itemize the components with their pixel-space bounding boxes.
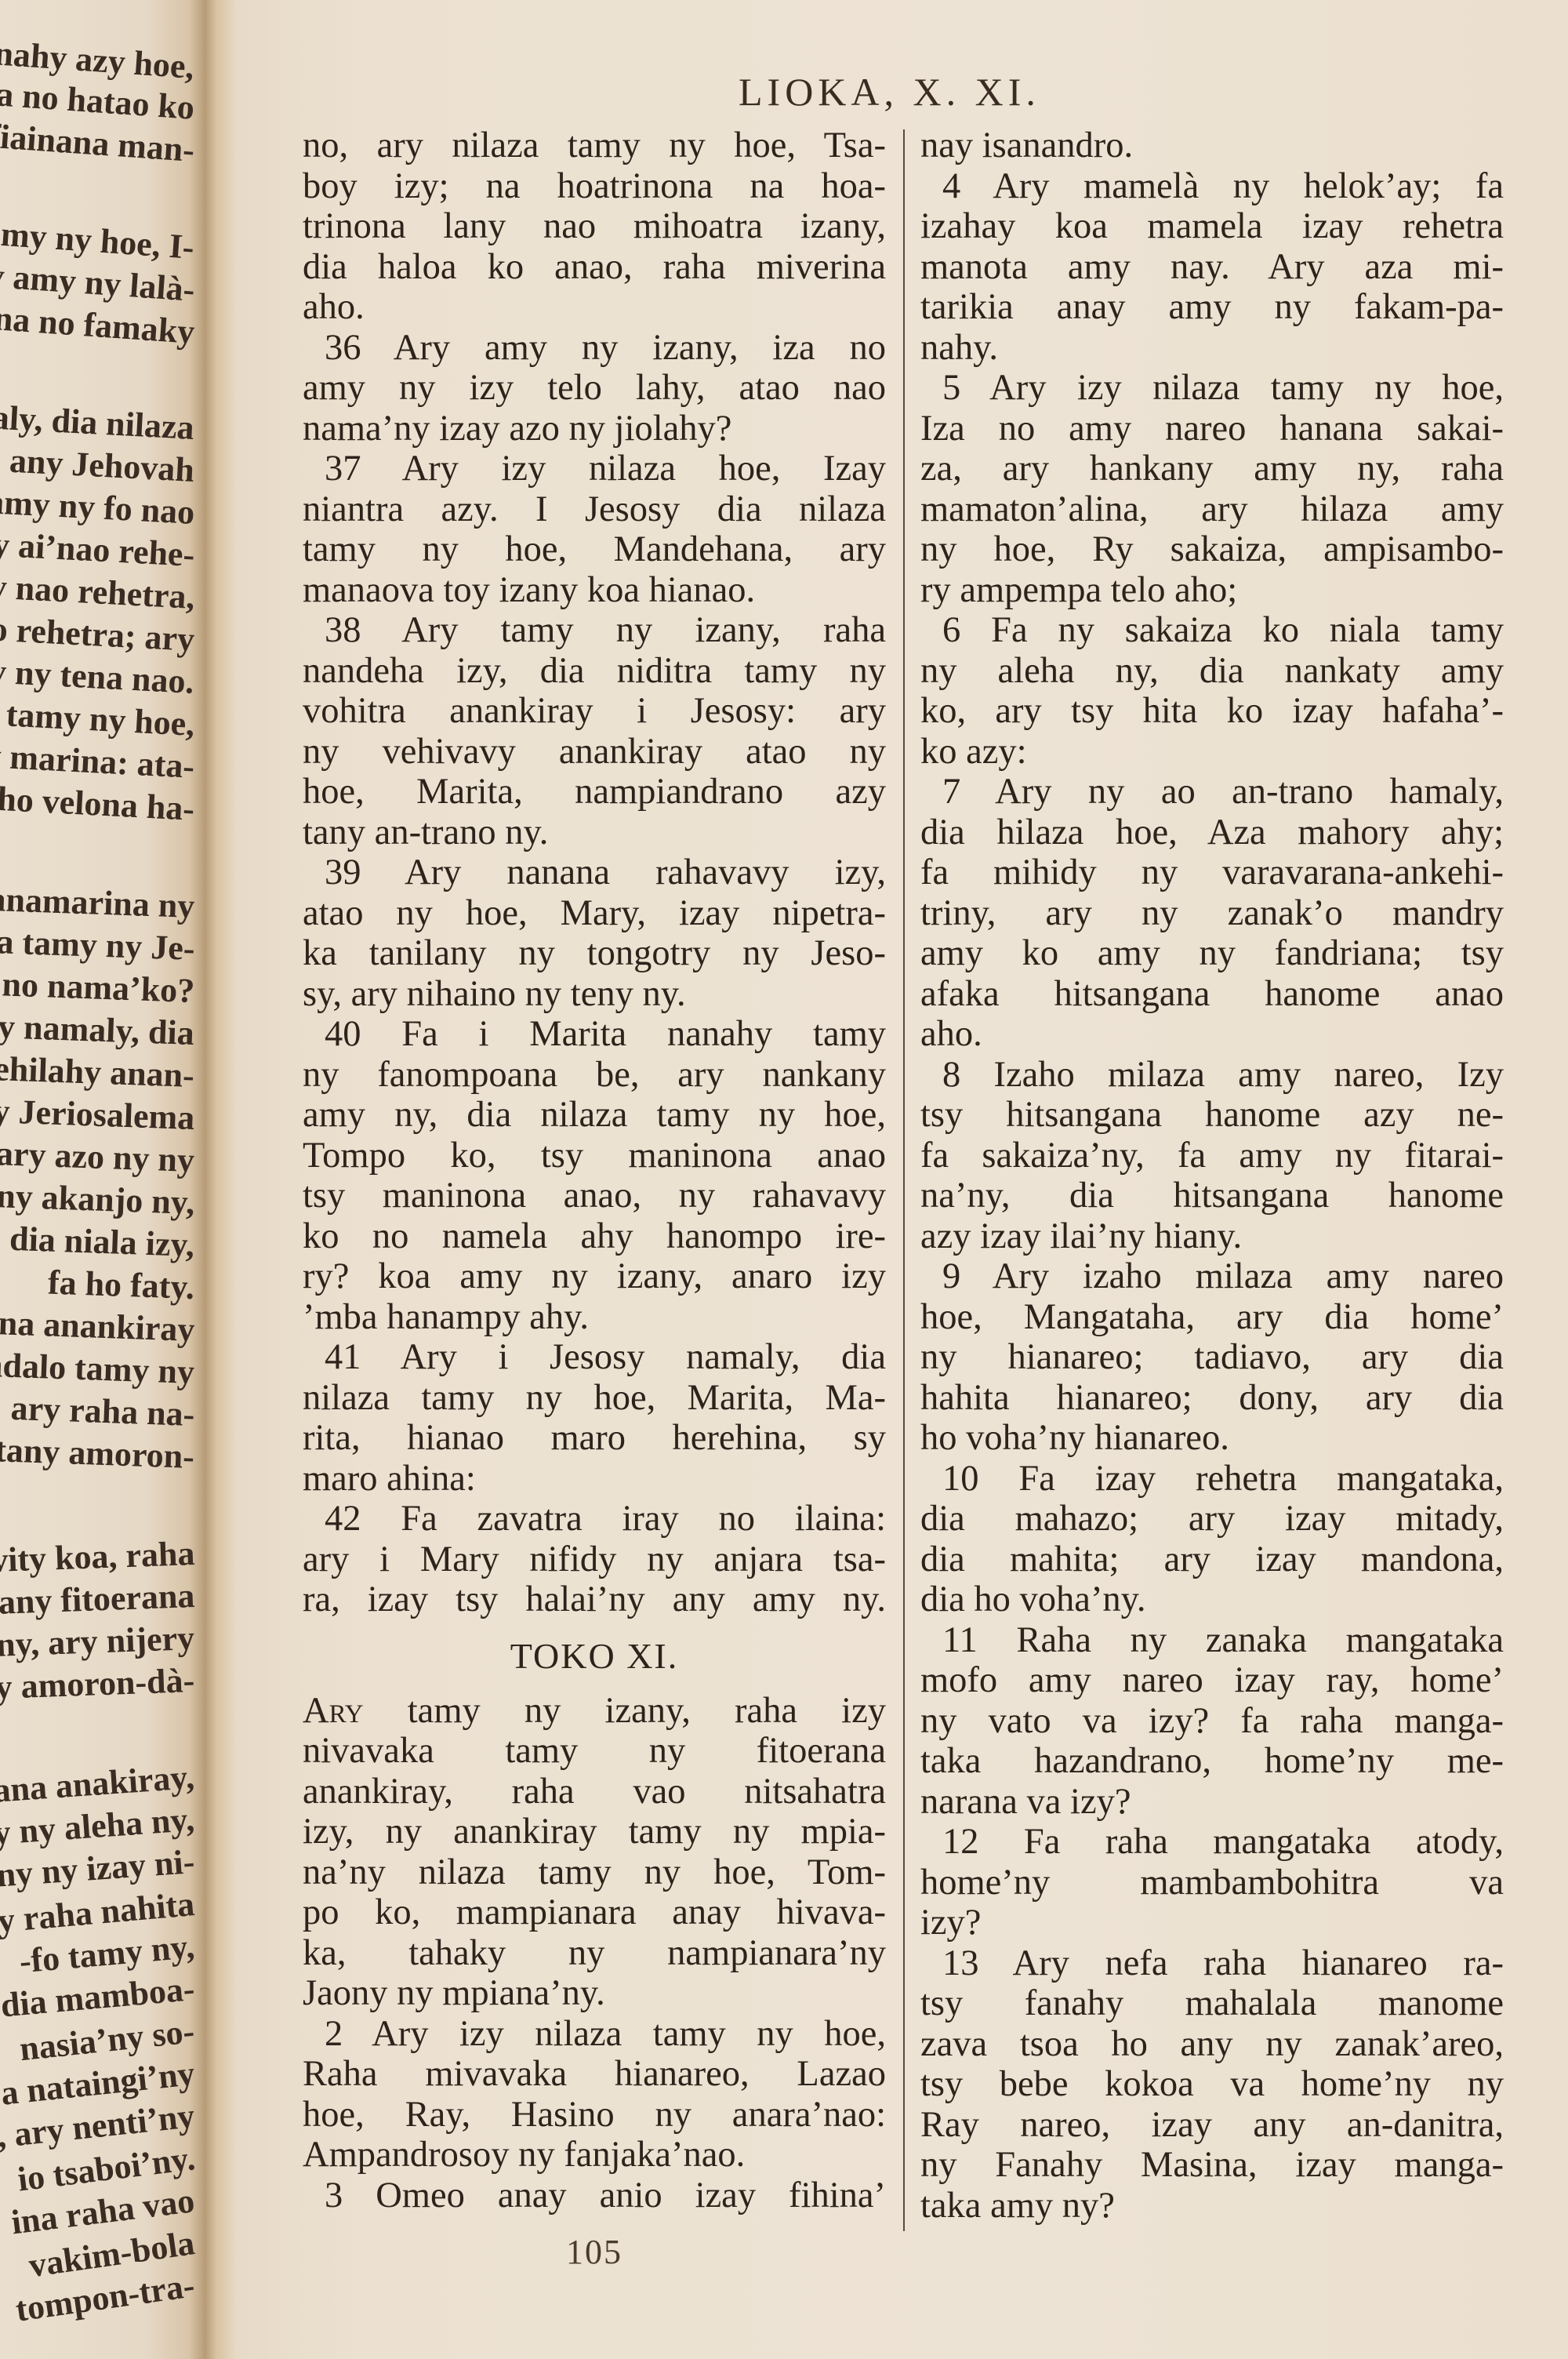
text-line: vohitra anankiray i Jesosy: ary — [303, 691, 886, 732]
text-line: nivavaka tamy ny fitoerana — [303, 1731, 886, 1772]
left-page-line: , ary azo ny ny — [0, 1132, 195, 1180]
text-line: aho. — [920, 1014, 1504, 1055]
left-page-line: lehilahy anan- — [0, 1049, 195, 1096]
left-page-line: aza tamy ny Je- — [0, 921, 195, 969]
chapter-first-line: Ary tamy ny izany, raha izy — [303, 1691, 886, 1732]
text-line: izahay koa mamela izay rehetra — [920, 206, 1504, 247]
text-line: amy ny, dia nilaza tamy ny hoe, — [303, 1095, 886, 1136]
text-column-left: no, ary nilaza tamy ny hoe, Tsa-boy izy;… — [303, 125, 886, 2215]
text-line: amy ko amy ny fandriana; tsy — [920, 933, 1504, 974]
text-line: tamy ny hoe, Mandehana, ary — [303, 529, 886, 570]
text-line: hoe, Ray, Hasino ny anara’nao: — [303, 2095, 886, 2135]
text-line: taka amy ny? — [920, 2186, 1504, 2226]
text-line: maro ahina: — [303, 1459, 886, 1499]
text-line: 39 Ary nanana rahavavy izy, — [303, 852, 886, 893]
text-line: mamaton’alina, ary hilaza amy — [920, 489, 1504, 530]
text-line: nama’ny izay azo ny jiolahy? — [303, 409, 886, 449]
text-line: tsy fanahy mahalala manome — [920, 1983, 1504, 2024]
text-line: ny Fanahy Masina, izay manga- — [920, 2145, 1504, 2186]
text-line: ny vato va izy? fa raha manga- — [920, 1701, 1504, 1742]
text-line: izy? — [920, 1903, 1504, 1943]
text-line: taka hazandrano, home’ny me- — [920, 1741, 1504, 1782]
text-line: 4 Ary mamelà ny helok’ay; fa — [920, 166, 1504, 207]
text-line: 3 Omeo anay anio izay fihina’ — [303, 2175, 886, 2216]
text-line: tarikia anay amy ny fakam-pa- — [920, 287, 1504, 328]
text-line: ko, ary tsy hita ko izay hafaha’- — [920, 691, 1504, 732]
text-line: home’ny mambambohitra va — [920, 1863, 1504, 1903]
text-line: 6 Fa ny sakaiza ko niala tamy — [920, 610, 1504, 651]
left-page-line: ny Jeriosalema — [0, 1090, 195, 1138]
text-line: zava tsoa ho any ny zanak’areo, — [920, 2024, 1504, 2065]
text-line: hahita hianareo; dony, ary dia — [920, 1378, 1504, 1419]
text-line: trinona lany nao mihoatra izany, — [303, 206, 886, 247]
right-page: LIOKA, X. XI. no, ary nilaza tamy ny hoe… — [237, 0, 1568, 2359]
text-line: tsy hitsangana hanome azy ne- — [920, 1095, 1504, 1136]
text-line: Ray nareo, izay any an-danitra, — [920, 2105, 1504, 2146]
text-line: Raha mivavaka hianareo, Lazao — [303, 2054, 886, 2095]
text-line: ko azy: — [920, 732, 1504, 772]
chapter-heading: TOKO XI. — [303, 1628, 886, 1685]
left-page-fragment: ka fanahy azy hoe,nona no hatao ko’ko fi… — [0, 0, 205, 2359]
text-line: 2 Ary izy nilaza tamy ny hoe, — [303, 2014, 886, 2055]
text-column-right: nay isanandro.4 Ary mamelà ny helok’ay; … — [920, 125, 1504, 2226]
text-line: tsy maninona anao, ny rahavavy — [303, 1176, 886, 1216]
left-page-line: fa ho faty. — [47, 1262, 195, 1307]
text-line: manota amy nay. Ary aza mi- — [920, 247, 1504, 288]
text-line: 38 Ary tamy ny izany, raha — [303, 610, 886, 651]
left-page-line: za no nama’ko? — [0, 963, 195, 1011]
book-gutter — [205, 0, 237, 2359]
left-page-line: zy, dia niala izy, — [0, 1217, 195, 1265]
text-line: Ampandrosoy ny fanjaka’nao. — [303, 2135, 886, 2175]
text-line: nandeha izy, dia niditra tamy ny — [303, 651, 886, 692]
left-page-line: orona anankiray — [0, 1301, 195, 1350]
text-line: nahy. — [920, 328, 1504, 369]
text-line: dia mahita; ary izay mandona, — [920, 1539, 1504, 1580]
left-page-line: ny amoron-dà- — [0, 1660, 195, 1708]
text-line: 8 Izaho milaza amy nareo, Izy — [920, 1055, 1504, 1096]
text-line: ry ampempa telo aho; — [920, 570, 1504, 611]
text-line: 12 Fa raha mangataka atody, — [920, 1822, 1504, 1863]
text-line: 9 Ary izaho milaza amy nareo — [920, 1256, 1504, 1297]
text-line: 11 Raha ny zanaka mangataka — [920, 1620, 1504, 1661]
text-line: 7 Ary ny ao an-trano hamaly, — [920, 772, 1504, 812]
text-line: 10 Fa izay rehetra mangataka, — [920, 1459, 1504, 1499]
left-page-line: osy namaly, dia — [0, 1005, 195, 1053]
text-line: niantra azy. I Jesosy dia nilaza — [303, 489, 886, 530]
text-line: ny hianareo; tadiavo, ary dia — [920, 1337, 1504, 1378]
left-page-line: ny, ary nijery — [0, 1618, 195, 1665]
text-line: hoe, Mangataha, ary dia home’ — [920, 1297, 1504, 1338]
text-line: aho. — [303, 287, 886, 328]
left-page-line: vity koa, raha — [0, 1533, 195, 1580]
text-line: manaova toy izany koa hianao. — [303, 570, 886, 611]
text-line: hoe, Marita, nampiandrano azy — [303, 772, 886, 812]
text-line: ary i Mary nifidy ny anjara tsa- — [303, 1539, 886, 1580]
text-line: ny hoe, Ry sakaiza, ampisambo- — [920, 529, 1504, 570]
text-line: ka, tahaky ny nampianara’ny — [303, 1933, 886, 1974]
text-line: ko no namela ahy hanompo ire- — [303, 1216, 886, 1257]
chapter-first-line-rest: tamy ny izany, raha izy — [364, 1691, 886, 1731]
text-line: 41 Ary i Jesosy namaly, dia — [303, 1337, 886, 1378]
text-line: 36 Ary amy ny izany, iza no — [303, 328, 886, 369]
text-line: Iza no amy nareo hanana sakai- — [920, 409, 1504, 449]
text-line: no, ary nilaza tamy ny hoe, Tsa- — [303, 125, 886, 166]
text-line: boy izy; na hoatrinona na hoa- — [303, 166, 886, 207]
text-line: rita, hianao maro herehina, sy — [303, 1418, 886, 1459]
text-line: ka tanilany ny tongotry ny Jeso- — [303, 933, 886, 974]
text-line: fa sakaiza’ny, fa amy ny fitarai- — [920, 1136, 1504, 1176]
text-line: 40 Fa i Marita nanahy tamy — [303, 1014, 886, 1055]
text-line: mofo amy nareo izay ray, home’ — [920, 1660, 1504, 1701]
left-page-line: ly tany amoron- — [0, 1429, 195, 1477]
left-page-line: amaly, dia nilaza — [0, 394, 195, 447]
book-spread: ka fanahy azy hoe,nona no hatao ko’ko fi… — [0, 0, 1568, 2359]
text-line: na’ny, dia hitsangana hanome — [920, 1176, 1504, 1216]
text-line: 5 Ary izy nilaza tamy ny hoe, — [920, 368, 1504, 409]
left-page-line: y : ary raha na- — [0, 1387, 195, 1434]
text-line: fa mihidy ny varavarana-ankehi- — [920, 852, 1504, 893]
text-line: azy izay ilai’ny hiany. — [920, 1216, 1504, 1257]
text-line: ’mba hanampy ahy. — [303, 1297, 886, 1338]
text-line: 13 Ary nefa raha hianareo ra- — [920, 1943, 1504, 1984]
text-line: Tompo ko, tsy maninona anao — [303, 1136, 886, 1176]
text-line: ny fanompoana be, ary nankany — [303, 1055, 886, 1096]
running-head: LIOKA, X. XI. — [739, 69, 1040, 114]
text-line: ra, izay tsy halai’ny any amy ny. — [303, 1579, 886, 1620]
text-line: nilaza tamy ny hoe, Marita, Ma- — [303, 1378, 886, 1419]
text-line: za, ary hankany amy ny, raha — [920, 449, 1504, 489]
text-line: ny vehivavy anankiray atao ny — [303, 732, 886, 772]
left-page-line: ala ny akanjo ny, — [0, 1174, 195, 1223]
text-line: nay isanandro. — [920, 125, 1504, 166]
text-line: dia ho voha’ny. — [920, 1579, 1504, 1620]
text-line: ny aleha ny, dia nankaty amy — [920, 651, 1504, 692]
text-line: izy, ny anankiray tamy ny mpia- — [303, 1812, 886, 1852]
chapter-opening-word: Ary — [303, 1691, 364, 1731]
text-line: dia hilaza hoe, Aza mahory ahy; — [920, 812, 1504, 853]
text-line: tany an-trano ny. — [303, 812, 886, 853]
text-line: 37 Ary izy nilaza hoe, Izay — [303, 449, 886, 489]
left-page-line: andalo tamy ny — [0, 1344, 195, 1392]
text-line: Jaony ny mpiana’ny. — [303, 1973, 886, 2014]
text-line: sy, ary nihaino ny teny ny. — [303, 974, 886, 1015]
left-page-line: izany fitoerana — [0, 1576, 195, 1623]
left-page-line: hanamarina ny — [0, 878, 195, 926]
text-line: dia mahazo; ary izay mitady, — [920, 1499, 1504, 1539]
text-line: tsy bebe kokoa va home’ny ny — [920, 2064, 1504, 2105]
text-line: afaka hitsangana hanome anao — [920, 974, 1504, 1015]
text-line: narana va izy? — [920, 1782, 1504, 1823]
text-line: 42 Fa zavatra iray no ilaina: — [303, 1499, 886, 1539]
column-rule — [903, 129, 905, 2231]
text-line: dia haloa ko anao, raha miverina — [303, 247, 886, 288]
text-line: ry? koa amy ny izany, anaro izy — [303, 1256, 886, 1297]
text-line: ho voha’ny hianareo. — [920, 1418, 1504, 1459]
page-number: 105 — [566, 2232, 622, 2272]
text-line: triny, ary ny zanak’o mandry — [920, 893, 1504, 934]
text-line: na’ny nilaza tamy ny hoe, Tom- — [303, 1852, 886, 1893]
text-line: amy ny izy telo lahy, atao nao — [303, 368, 886, 409]
text-line: anankiray, raha vao nitsahatra — [303, 1772, 886, 1812]
text-line: po ko, mampianara anay hivava- — [303, 1892, 886, 1933]
text-line: atao ny hoe, Mary, izay nipetra- — [303, 893, 886, 934]
